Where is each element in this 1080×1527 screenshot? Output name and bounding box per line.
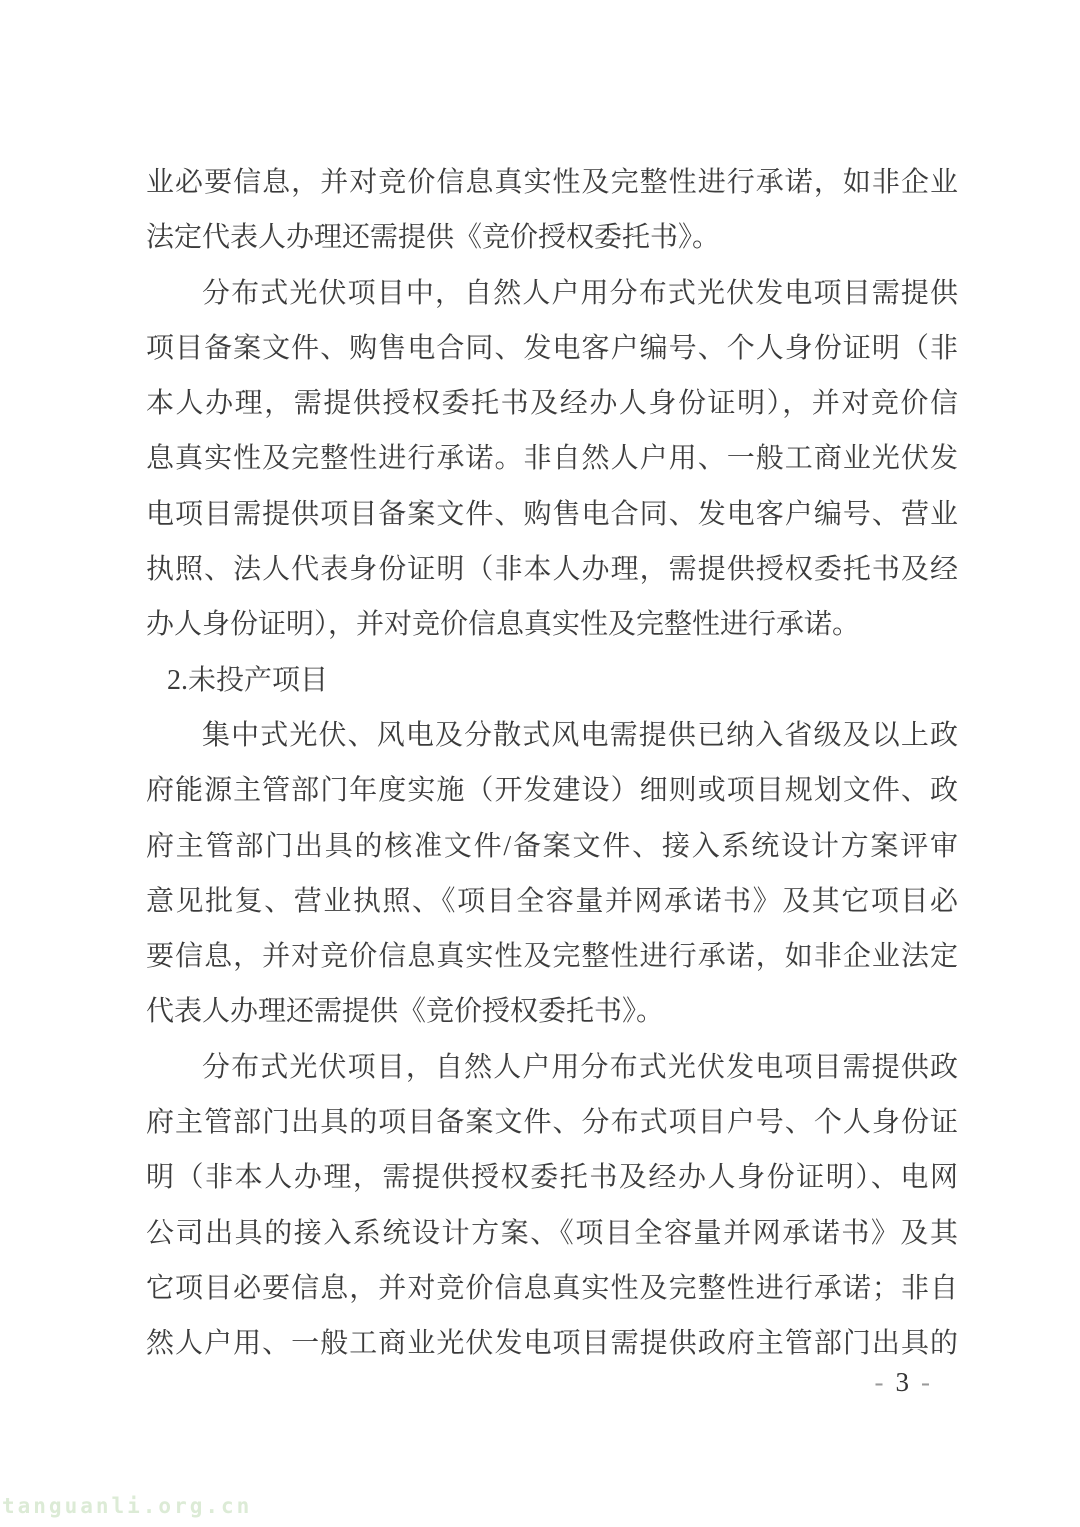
text-line: 分布式光伏项目，自然人户用分布式光伏发电项目需提供政 (146, 1040, 958, 1095)
text-line: 项目备案文件、购售电合同、发电客户编号、个人身份证明（非 (146, 321, 958, 376)
text-block: 业必要信息，并对竞价信息真实性及完整性进行承诺，如非企业法定代表人办理还需提供《… (146, 155, 958, 1372)
text-line: 息真实性及完整性进行承诺。非自然人户用、一般工商业光伏发 (146, 431, 958, 486)
text-line: 府主管部门出具的项目备案文件、分布式项目户号、个人身份证 (146, 1095, 958, 1150)
page-number-suffix-dash: - (911, 1367, 942, 1397)
text-line: 电项目需提供项目备案文件、购售电合同、发电客户编号、营业 (146, 487, 958, 542)
text-line: 办人身份证明），并对竞价信息真实性及完整性进行承诺。 (146, 597, 958, 652)
text-line: 业必要信息，并对竞价信息真实性及完整性进行承诺，如非企业 (146, 155, 958, 210)
text-line: 意见批复、营业执照、《项目全容量并网承诺书》及其它项目必 (146, 874, 958, 929)
section-heading: 2.未投产项目 (146, 653, 958, 708)
text-line: 分布式光伏项目中，自然人户用分布式光伏发电项目需提供 (146, 266, 958, 321)
text-line: 法定代表人办理还需提供《竞价授权委托书》。 (146, 210, 958, 265)
text-line: 本人办理，需提供授权委托书及经办人身份证明），并对竞价信 (146, 376, 958, 431)
watermark-text: tanguanli.org.cn (2, 1494, 252, 1518)
document-page: 业必要信息，并对竞价信息真实性及完整性进行承诺，如非企业法定代表人办理还需提供《… (0, 0, 1080, 1527)
text-line: 府主管部门出具的核准文件/备案文件、接入系统设计方案评审 (146, 819, 958, 874)
text-line: 集中式光伏、风电及分散式风电需提供已纳入省级及以上政 (146, 708, 958, 763)
text-line: 然人户用、一般工商业光伏发电项目需提供政府主管部门出具的 (146, 1316, 958, 1371)
text-line: 公司出具的接入系统设计方案、《项目全容量并网承诺书》及其 (146, 1206, 958, 1261)
page-number-prefix-dash: - (865, 1367, 896, 1397)
text-line: 它项目必要信息，并对竞价信息真实性及完整性进行承诺；非自 (146, 1261, 958, 1316)
text-line: 代表人办理还需提供《竞价授权委托书》。 (146, 984, 958, 1039)
text-line: 府能源主管部门年度实施（开发建设）细则或项目规划文件、政 (146, 763, 958, 818)
page-number: -3- (865, 1362, 943, 1402)
page-number-value: 3 (896, 1367, 912, 1397)
text-line: 要信息，并对竞价信息真实性及完整性进行承诺，如非企业法定 (146, 929, 958, 984)
text-line: 明（非本人办理，需提供授权委托书及经办人身份证明）、电网 (146, 1150, 958, 1205)
text-line: 执照、法人代表身份证明（非本人办理，需提供授权委托书及经 (146, 542, 958, 597)
